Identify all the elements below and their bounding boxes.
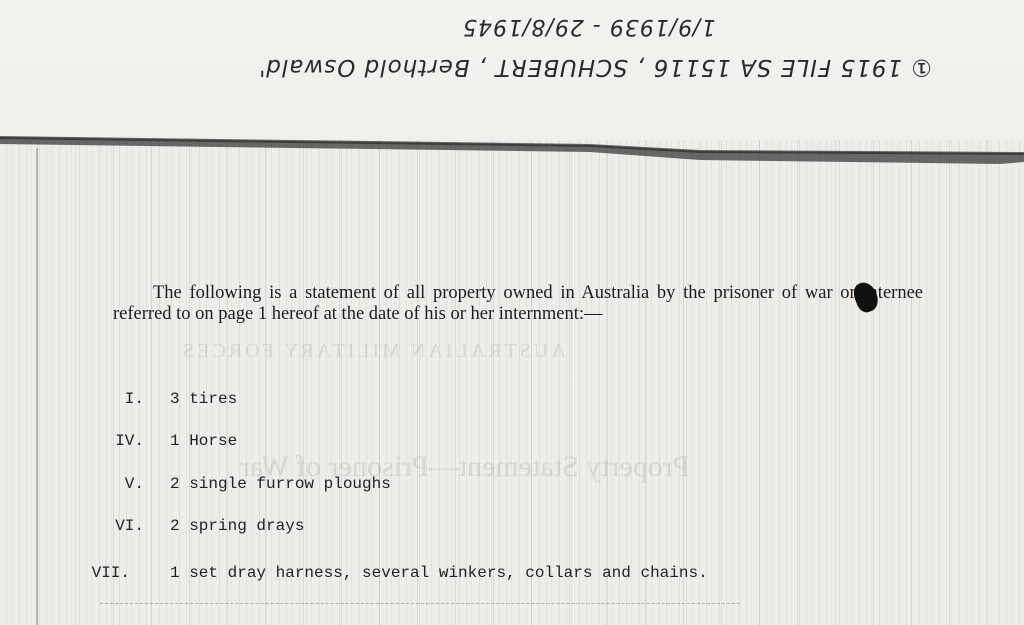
item-text: 1 set dray harness, several winkers, col… bbox=[170, 564, 708, 582]
item-numeral: VII. bbox=[92, 564, 130, 582]
item-numeral: I. bbox=[125, 390, 144, 408]
page-fold-shadow bbox=[0, 132, 1024, 166]
item-text: 1 Horse bbox=[170, 432, 237, 450]
bleed-through-heading: AUSTRALIAN MILITARY FORCES bbox=[180, 340, 566, 363]
item-numeral: VI. bbox=[115, 517, 144, 535]
bottom-dotted-rule bbox=[100, 603, 740, 605]
item-text: 2 single furrow ploughs bbox=[170, 475, 391, 493]
handwritten-date-range: 1/9/1939 - 29/8/1945 bbox=[462, 14, 716, 39]
scan-edge-line bbox=[36, 148, 38, 625]
item-numeral: V. bbox=[125, 475, 144, 493]
scanned-document: 1/9/1939 - 29/8/1945 ① 1915 FILE SA 1511… bbox=[0, 0, 1024, 625]
statement-intro-paragraph: The following is a statement of all prop… bbox=[113, 283, 923, 325]
item-numeral: IV. bbox=[115, 432, 144, 450]
item-text: 2 spring drays bbox=[170, 517, 304, 535]
file-label-strip: 1/9/1939 - 29/8/1945 ① 1915 FILE SA 1511… bbox=[0, 0, 1024, 140]
property-statement-page bbox=[0, 140, 1024, 625]
handwritten-file-reference: ① 1915 FILE SA 15116 , SCHUBERT , Bertho… bbox=[258, 54, 932, 80]
item-text: 3 tires bbox=[170, 390, 237, 408]
